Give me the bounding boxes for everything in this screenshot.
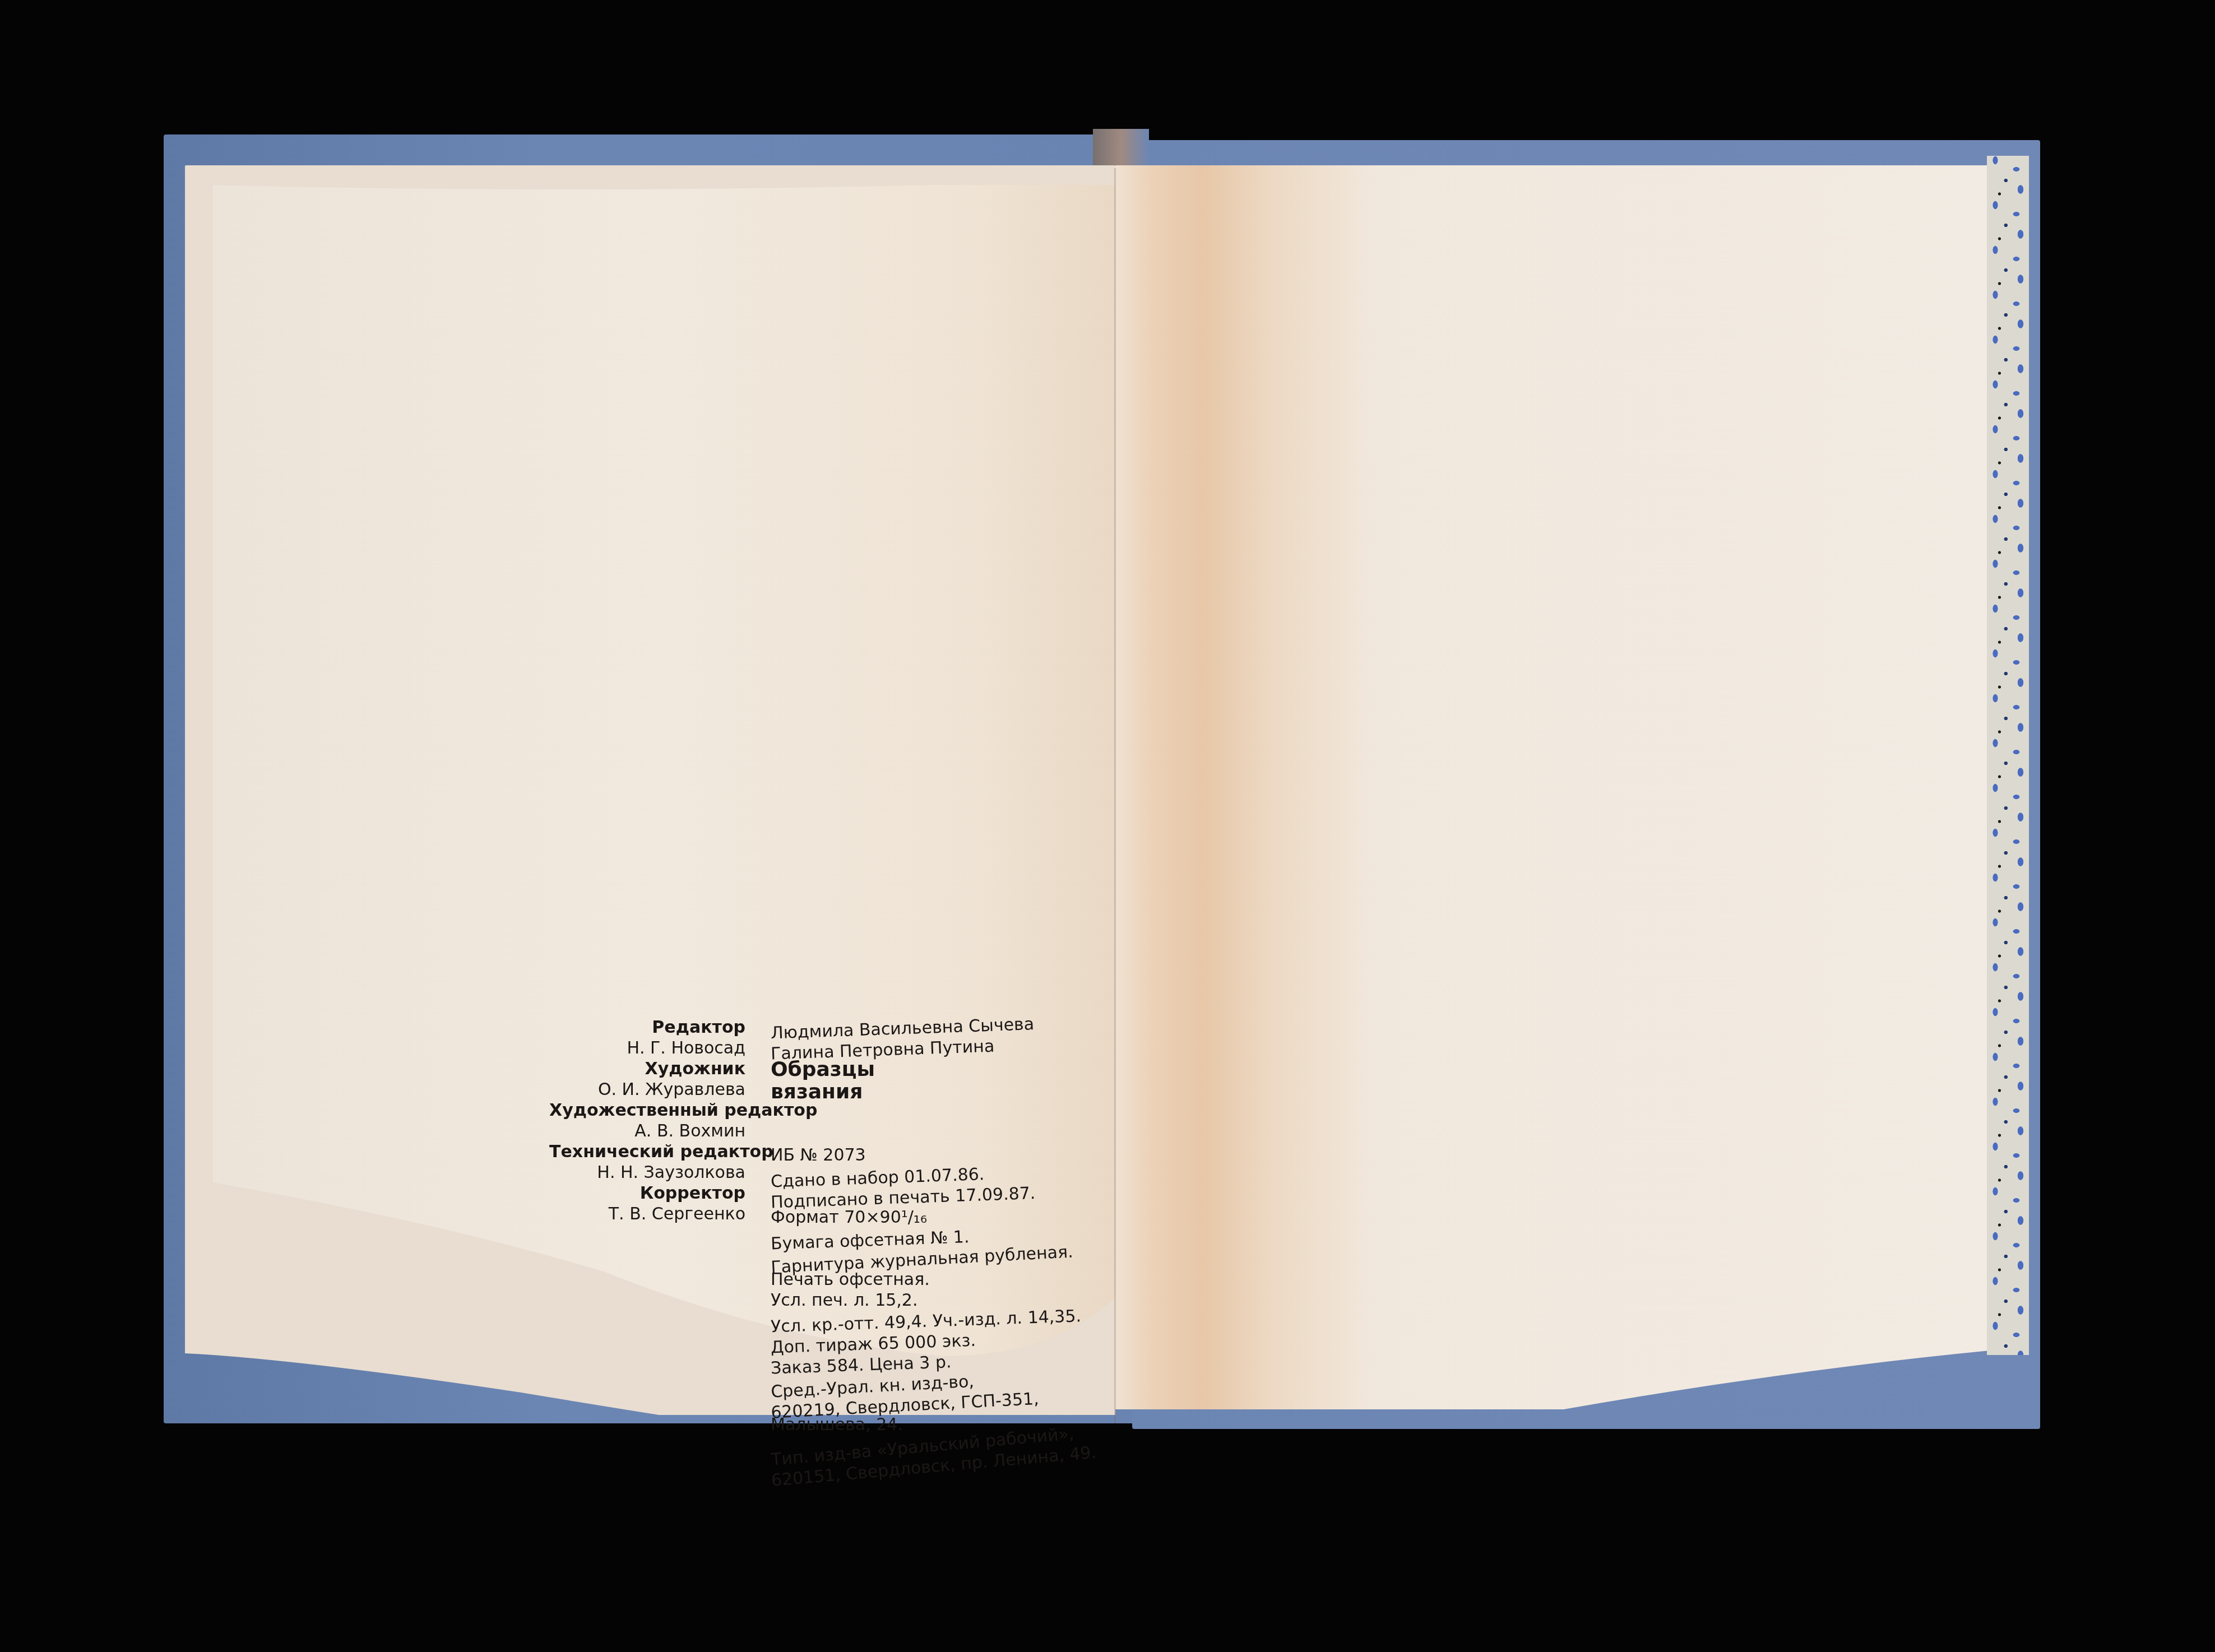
credit-name: Т. В. Сергеенко bbox=[549, 1204, 745, 1224]
book-title: вязания bbox=[771, 1081, 1107, 1103]
credit-role: Художник bbox=[549, 1059, 745, 1079]
credit-name: Н. Н. Заузолкова bbox=[549, 1162, 745, 1183]
credit-name: А. В. Вохмин bbox=[549, 1121, 745, 1141]
credit-role: Технический редактор bbox=[549, 1141, 745, 1162]
marbled-endpaper bbox=[1987, 156, 2029, 1355]
gutter bbox=[1114, 168, 1116, 1423]
credits-column: Редактор Н. Г. Новосад Художник О. И. Жу… bbox=[549, 1017, 745, 1224]
credit-role: Редактор bbox=[549, 1017, 745, 1038]
credit-name: Н. Г. Новосад bbox=[549, 1038, 745, 1059]
credit-name: О. И. Журавлева bbox=[549, 1079, 745, 1100]
credit-role: Корректор bbox=[549, 1183, 745, 1204]
right-page-blank bbox=[1115, 165, 1990, 1409]
credit-role: Художественный редактор bbox=[549, 1100, 745, 1121]
imprint-column: Людмила Васильевна Сычева Галина Петровн… bbox=[771, 1017, 1107, 1477]
